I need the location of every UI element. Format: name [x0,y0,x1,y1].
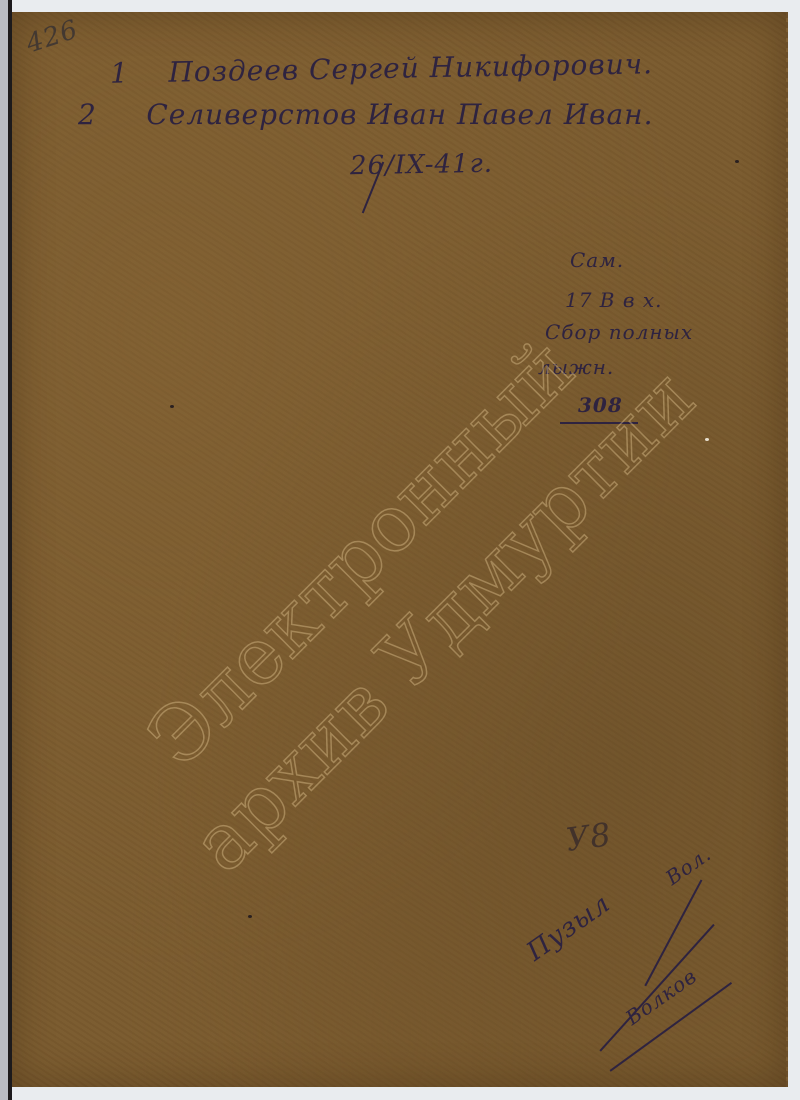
paper-speck [170,405,174,408]
scanner-edge [0,0,8,1100]
entry-1-index: 1 [110,56,129,89]
margin-note-line-3: Сбор полных [545,320,693,344]
margin-note-line-2: 17 В в х. [565,288,663,312]
entry-2-text: Селиверстов Иван Павел Иван. [146,98,653,131]
margin-note-number: 308 [578,393,623,417]
paper-speck [705,438,709,441]
bottom-pencil-mark: У8 [564,815,614,859]
margin-note-line-4: лыжн. [538,355,614,379]
margin-note-line-1: Сам. [570,248,624,272]
document-date: 26/IX-41г. [350,149,493,181]
entry-2-index: 2 [78,98,97,131]
paper-speck [735,160,739,163]
margin-note-underline [560,422,638,424]
paper-speck [248,915,252,918]
entry-2: 2 Селиверстов Иван Павел Иван. [78,98,654,131]
